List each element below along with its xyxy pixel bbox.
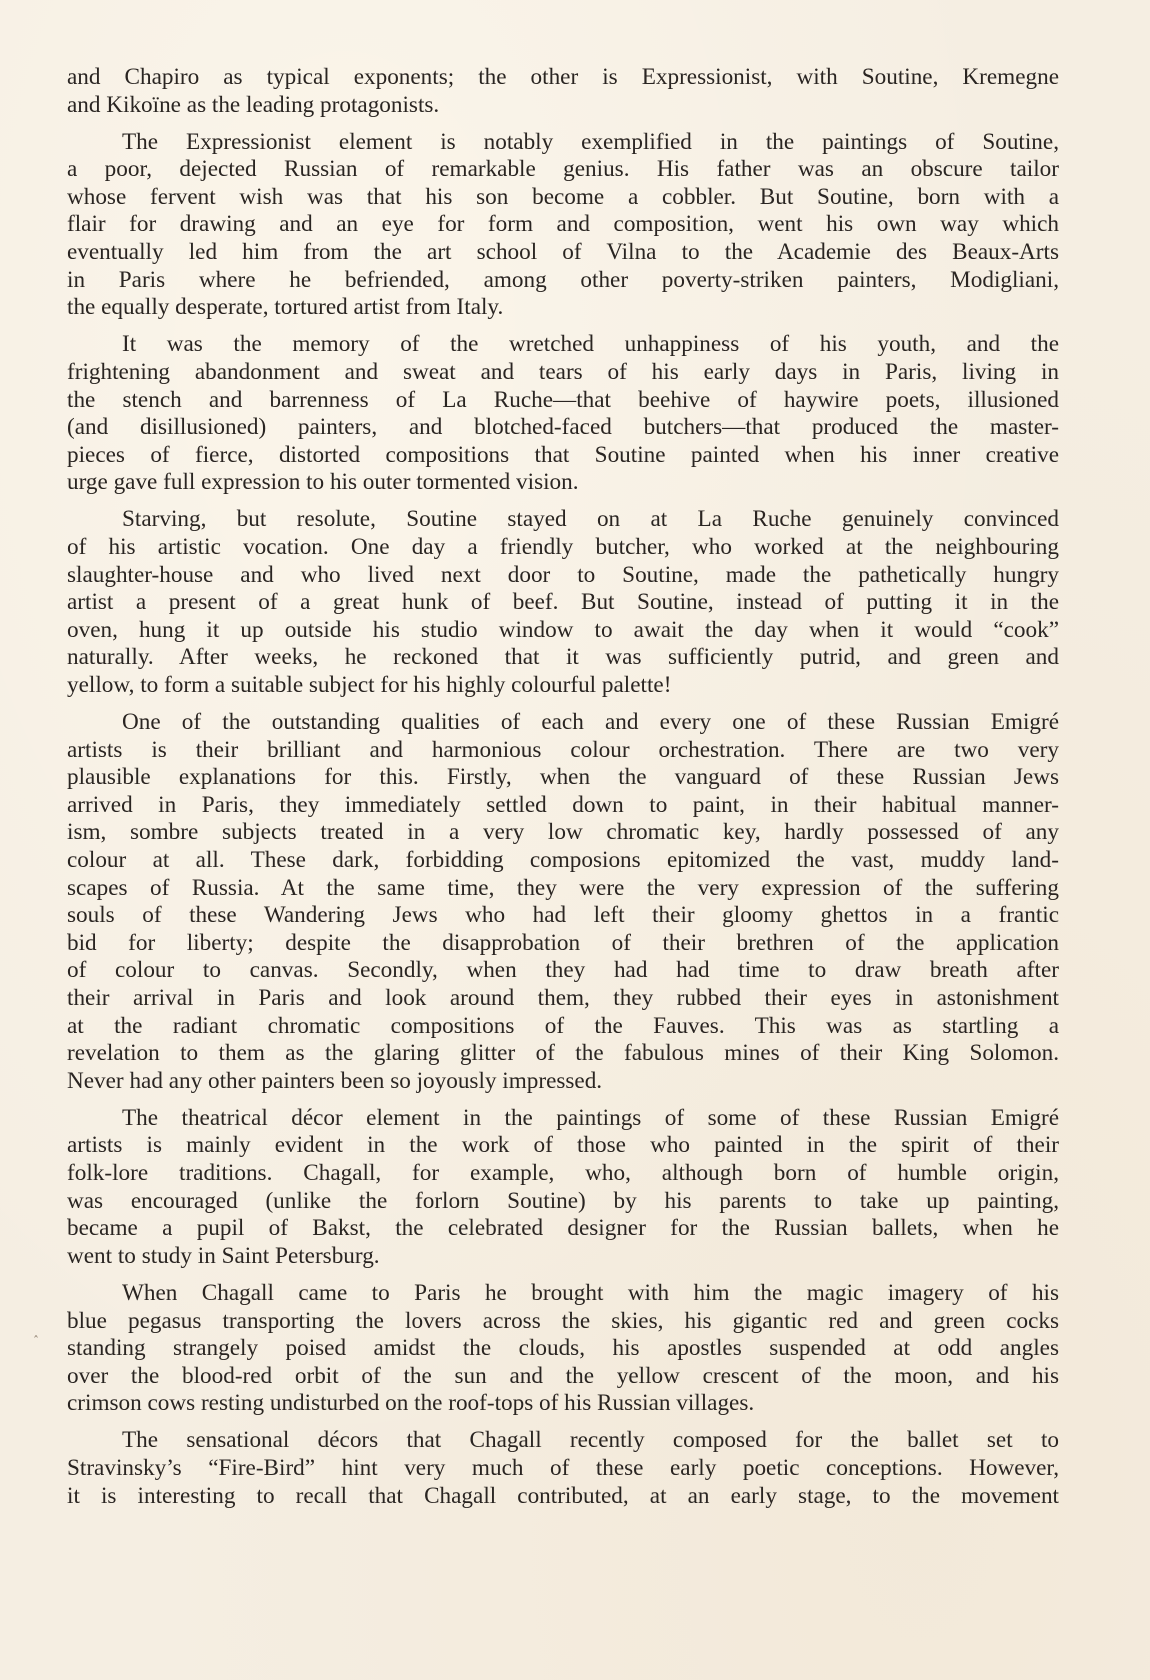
text-line: Starving, but resolute, Soutine stayed o… xyxy=(67,506,1059,534)
text-line: When Chagall came to Paris he brought wi… xyxy=(67,1280,1059,1308)
text-line: arrived in Paris, they immediately settl… xyxy=(67,792,1059,820)
text-line: in Paris where he befriended, among othe… xyxy=(67,267,1059,295)
text-line: went to study in Saint Petersburg. xyxy=(67,1243,1059,1271)
text-line: flair for drawing and an eye for form an… xyxy=(67,211,1059,239)
text-line: frightening abandonment and sweat and te… xyxy=(67,359,1059,387)
text-line: oven, hung it up outside his studio wind… xyxy=(67,617,1059,645)
text-line: souls of these Wandering Jews who had le… xyxy=(67,902,1059,930)
text-line: of colour to canvas. Secondly, when they… xyxy=(67,957,1059,985)
text-line: at the radiant chromatic compositions of… xyxy=(67,1013,1059,1041)
text-line: their arrival in Paris and look around t… xyxy=(67,985,1059,1013)
margin-mark: ˆ xyxy=(33,1338,43,1344)
text-line: artists is mainly evident in the work of… xyxy=(67,1132,1059,1160)
text-line: blue pegasus transporting the lovers acr… xyxy=(67,1308,1059,1336)
text-line: crimson cows resting undisturbed on the … xyxy=(67,1390,1059,1418)
text-line: It was the memory of the wretched unhapp… xyxy=(67,331,1059,359)
paragraph: It was the memory of the wretched unhapp… xyxy=(67,331,1059,497)
text-line: ism, sombre subjects treated in a very l… xyxy=(67,819,1059,847)
text-line: was encouraged (unlike the forlorn Souti… xyxy=(67,1188,1059,1216)
paragraph: and Chapiro as typical exponents; the ot… xyxy=(67,64,1059,119)
text-line: One of the outstanding qualities of each… xyxy=(67,709,1059,737)
scanned-page: and Chapiro as typical exponents; the ot… xyxy=(0,0,1150,1680)
text-line: The Expressionist element is notably exe… xyxy=(67,129,1059,157)
text-line: yellow, to form a suitable subject for h… xyxy=(67,672,1059,700)
text-line: and Chapiro as typical exponents; the ot… xyxy=(67,64,1059,92)
text-line: of his artistic vocation. One day a frie… xyxy=(67,534,1059,562)
paragraph: One of the outstanding qualities of each… xyxy=(67,709,1059,1095)
text-line: artists is their brilliant and harmoniou… xyxy=(67,737,1059,765)
text-line: Never had any other painters been so joy… xyxy=(67,1068,1059,1096)
text-line: pieces of fierce, distorted compositions… xyxy=(67,442,1059,470)
paragraph: Starving, but resolute, Soutine stayed o… xyxy=(67,506,1059,699)
paragraph: When Chagall came to Paris he brought wi… xyxy=(67,1280,1059,1418)
text-line: the equally desperate, tortured artist f… xyxy=(67,294,1059,322)
text-line: whose fervent wish was that his son beco… xyxy=(67,184,1059,212)
text-line: the stench and barrenness of La Ruche—th… xyxy=(67,387,1059,415)
text-line: urge gave full expression to his outer t… xyxy=(67,469,1059,497)
text-line: bid for liberty; despite the disapprobat… xyxy=(67,930,1059,958)
paragraph: The theatrical décor element in the pain… xyxy=(67,1105,1059,1271)
paragraph: The Expressionist element is notably exe… xyxy=(67,129,1059,322)
body-text: and Chapiro as typical exponents; the ot… xyxy=(67,64,1059,1520)
text-line: (and disillusioned) painters, and blotch… xyxy=(67,414,1059,442)
text-line: artist a present of a great hunk of beef… xyxy=(67,589,1059,617)
text-line: eventually led him from the art school o… xyxy=(67,239,1059,267)
text-line: a poor, dejected Russian of remarkable g… xyxy=(67,156,1059,184)
text-line: over the blood-red orbit of the sun and … xyxy=(67,1363,1059,1391)
text-line: revelation to them as the glaring glitte… xyxy=(67,1040,1059,1068)
text-line: colour at all. These dark, forbidding co… xyxy=(67,847,1059,875)
text-line: scapes of Russia. At the same time, they… xyxy=(67,875,1059,903)
text-line: it is interesting to recall that Chagall… xyxy=(67,1483,1059,1511)
text-line: plausible explanations for this. Firstly… xyxy=(67,764,1059,792)
text-line: and Kikoïne as the leading protagonists. xyxy=(67,92,1059,120)
text-line: Stravinsky’s “Fire-Bird” hint very much … xyxy=(67,1455,1059,1483)
text-line: standing strangely poised amidst the clo… xyxy=(67,1335,1059,1363)
text-line: naturally. After weeks, he reckoned that… xyxy=(67,644,1059,672)
text-line: The sensational décors that Chagall rece… xyxy=(67,1427,1059,1455)
paragraph: The sensational décors that Chagall rece… xyxy=(67,1427,1059,1510)
text-line: became a pupil of Bakst, the celebrated … xyxy=(67,1215,1059,1243)
text-line: folk-lore traditions. Chagall, for examp… xyxy=(67,1160,1059,1188)
text-line: The theatrical décor element in the pain… xyxy=(67,1105,1059,1133)
text-line: slaughter-house and who lived next door … xyxy=(67,562,1059,590)
